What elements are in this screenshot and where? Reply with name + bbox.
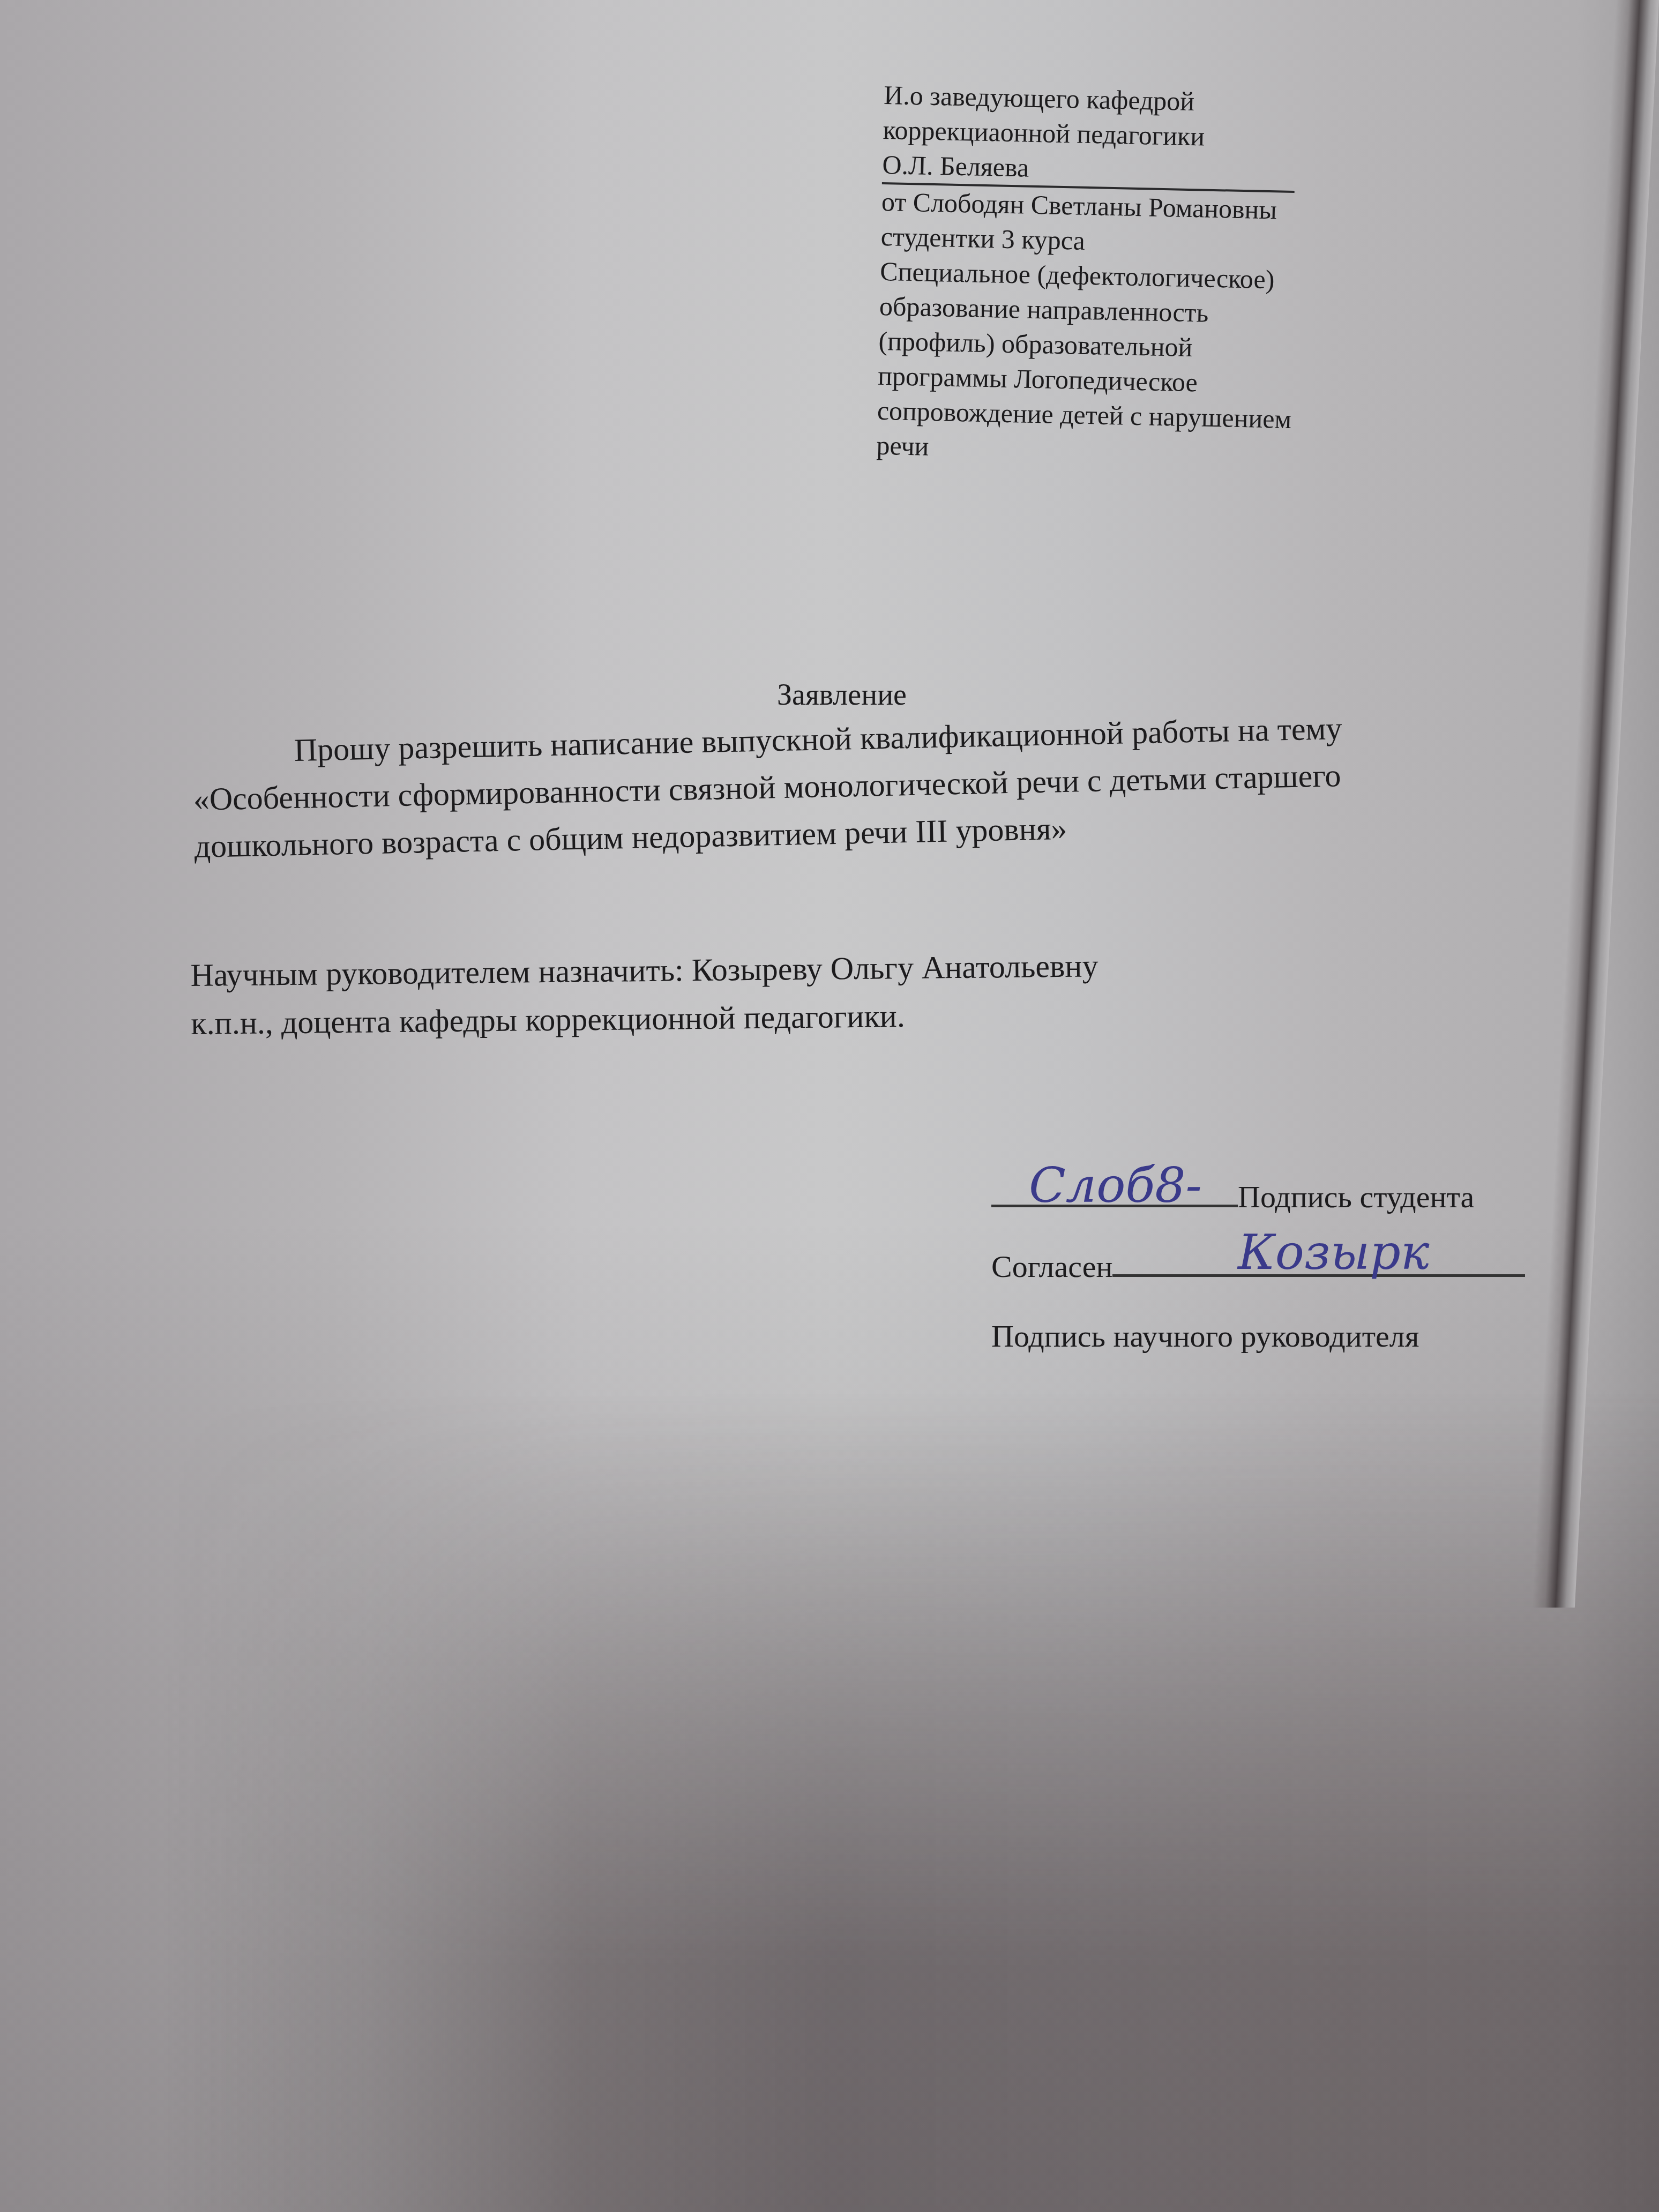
paragraph-indent — [192, 761, 294, 763]
addressee-header: И.о заведующего кафедрой коррекциаонной … — [876, 78, 1474, 475]
page-shadow — [0, 1393, 1659, 2212]
supervisor-assignment: Научным руководителем назначить: Козырев… — [190, 941, 1099, 1048]
document-title: Заявление — [777, 678, 907, 712]
signature-block: Подпись студента Слоб8- Согласен Козырк … — [991, 1179, 1581, 1388]
student-signature-label: Подпись студента — [1238, 1179, 1474, 1214]
agree-label: Согласен — [991, 1249, 1112, 1284]
request-paragraph: Прошу разрешить написание выпускной квал… — [192, 701, 1518, 870]
supervisor-line: Научным руководителем назначить: Козырев… — [190, 941, 1098, 999]
supervisor-agree-row: Согласен Козырк — [991, 1249, 1581, 1318]
supervisor-signature-label: Подпись научного руководителя — [991, 1319, 1419, 1354]
supervisor-label-row: Подпись научного руководителя — [991, 1318, 1581, 1388]
supervisor-line: к.п.н., доцента кафедры коррекционной пе… — [191, 990, 1099, 1048]
request-text: Прошу разрешить написание выпускной квал… — [193, 711, 1342, 864]
supervisor-signature: Козырк — [1238, 1224, 1430, 1281]
student-signature: Слоб8- — [1029, 1157, 1202, 1214]
